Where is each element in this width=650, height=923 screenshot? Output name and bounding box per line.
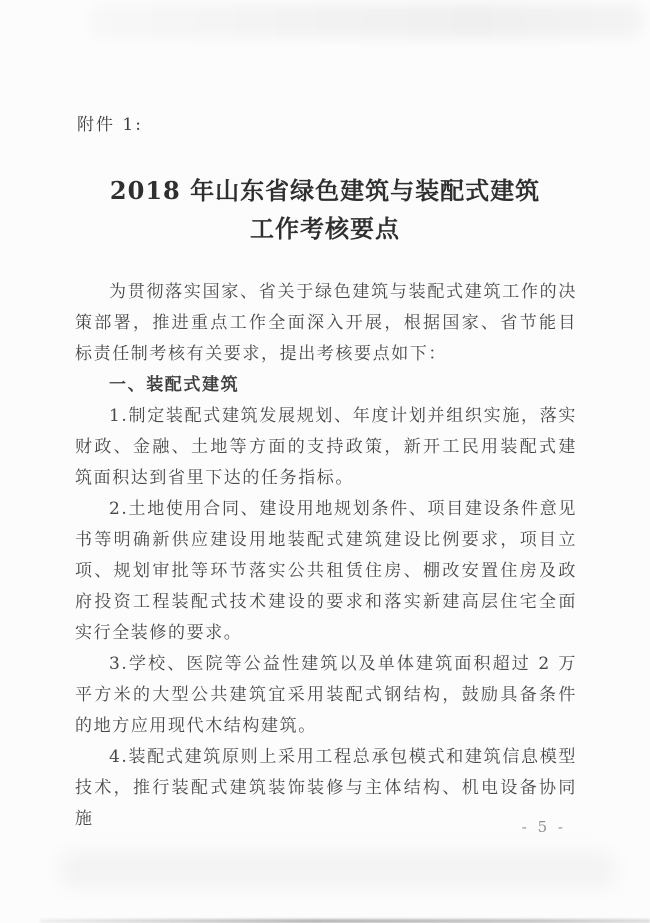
body-paragraph-3: 3.学校、医院等公益性建筑以及单体建筑面积超过 2 万平方米的大型公共建筑宜采用… xyxy=(75,649,577,742)
body-paragraph-1: 1.制定装配式建筑发展规划、年度计划并组织实施，落实财政、金融、土地等方面的支持… xyxy=(75,401,577,494)
page-number: - 5 - xyxy=(522,818,566,836)
body-paragraph-2: 2.土地使用合同、建设用地规划条件、项目建设条件意见书等明确新供应建设用地装配式… xyxy=(75,494,577,649)
scanned-document-page: 附件 1: 2018 年山东省绿色建筑与装配式建筑 工作考核要点 为贯彻落实国家… xyxy=(0,0,650,923)
document-title: 2018 年山东省绿色建筑与装配式建筑 工作考核要点 xyxy=(0,172,650,248)
intro-paragraph: 为贯彻落实国家、省关于绿色建筑与装配式建筑工作的决策部署，推进重点工作全面深入开… xyxy=(75,277,577,370)
section-heading-prefab-buildings: 一、装配式建筑 xyxy=(75,370,577,401)
attachment-label: 附件 1: xyxy=(77,110,143,135)
scan-artifact-bottom-edge xyxy=(40,919,650,923)
document-title-line-2: 工作考核要点 xyxy=(0,210,650,248)
document-title-line-1: 2018 年山东省绿色建筑与装配式建筑 xyxy=(0,172,650,210)
scan-artifact-bottom-band xyxy=(60,852,615,888)
document-body: 为贯彻落实国家、省关于绿色建筑与装配式建筑工作的决策部署，推进重点工作全面深入开… xyxy=(75,277,577,835)
scan-artifact-top xyxy=(90,4,642,38)
body-paragraph-4: 4.装配式建筑原则上采用工程总承包模式和建筑信息模型技术，推行装配式建筑装饰装修… xyxy=(75,742,577,835)
